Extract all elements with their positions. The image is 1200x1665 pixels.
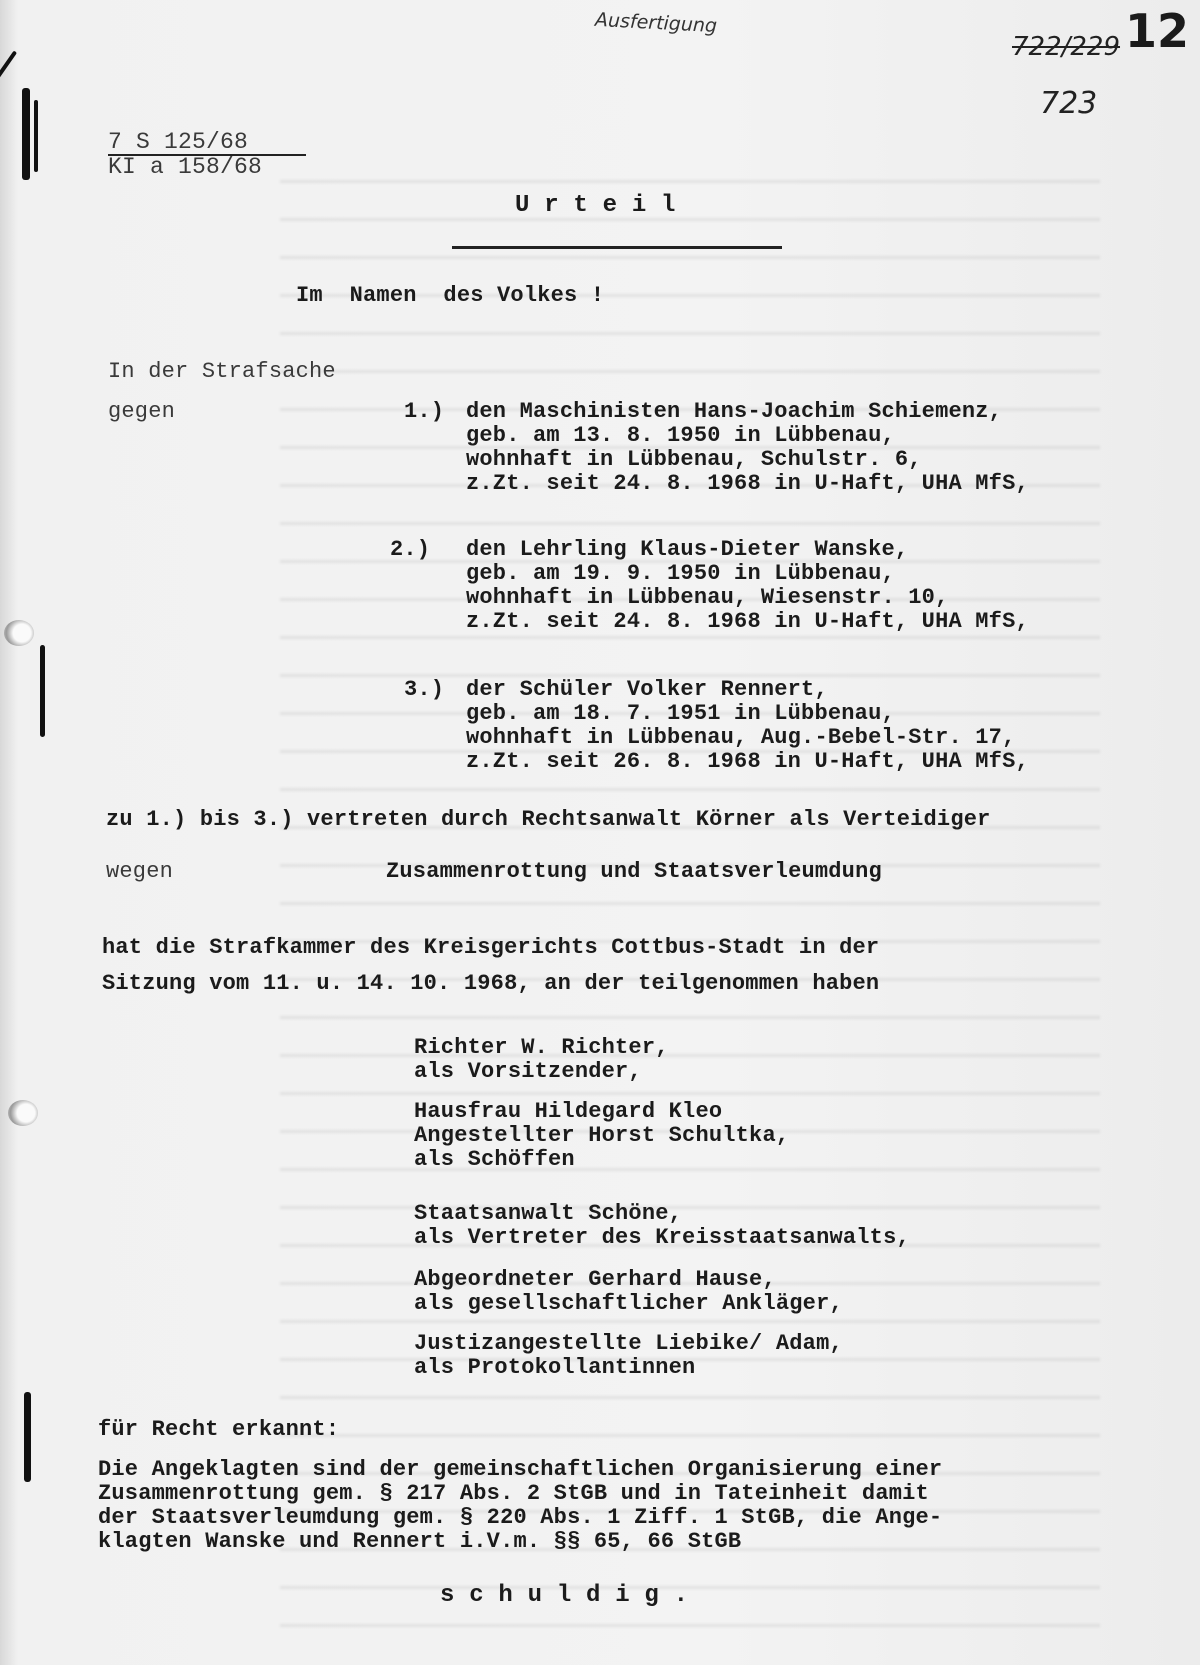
intro-line: In der Strafsache [108, 360, 336, 384]
defendant-line: geb. am 18. 7. 1951 in Lübbenau, [466, 702, 1029, 726]
defendant-line: geb. am 19. 9. 1950 in Lübbenau, [466, 562, 1029, 586]
defendant-line: den Maschinisten Hans-Joachim Schiemenz, [466, 400, 1029, 424]
document-page: Ausfertigung 12 722/229 723 7 S 125/68 K… [0, 0, 1200, 1665]
defendant-line: wohnhaft in Lübbenau, Wiesenstr. 10, [466, 586, 1029, 610]
participant-lay-judges: Hausfrau Hildegard Kleo Angestellter Hor… [414, 1100, 789, 1172]
participant-line: Angestellter Horst Schultka, [414, 1124, 789, 1148]
verdict-text: Die Angeklagten sind der gemeinschaftlic… [98, 1458, 942, 1554]
court-line-1: hat die Strafkammer des Kreisgerichts Co… [102, 936, 879, 960]
participant-line: Abgeordneter Gerhard Hause, [414, 1268, 843, 1292]
defendant-number: 1.) [404, 400, 444, 424]
margin-bar-mark [40, 645, 45, 737]
defendant-line: z.Zt. seit 24. 8. 1968 in U-Haft, UHA Mf… [466, 610, 1029, 634]
participant-social-accuser: Abgeordneter Gerhard Hause, als gesellsc… [414, 1268, 843, 1316]
participant-line: Justizangestellte Liebike/ Adam, [414, 1332, 843, 1356]
defendant-3-details: der Schüler Volker Rennert, geb. am 18. … [466, 678, 1029, 774]
participant-line: als Vertreter des Kreisstaatsanwalts, [414, 1226, 910, 1250]
participant-line: als gesellschaftlicher Ankläger, [414, 1292, 843, 1316]
verdict-line: Die Angeklagten sind der gemeinschaftlic… [98, 1458, 942, 1482]
counsel-line: zu 1.) bis 3.) vertreten durch Rechtsanw… [106, 808, 991, 832]
defendant-line: den Lehrling Klaus-Dieter Wanske, [466, 538, 1029, 562]
defendant-line: wohnhaft in Lübbenau, Schulstr. 6, [466, 448, 1029, 472]
defendant-2-details: den Lehrling Klaus-Dieter Wanske, geb. a… [466, 538, 1029, 634]
charge-label: wegen [106, 860, 173, 884]
folio-current: 723 [1040, 86, 1097, 121]
stamp-ausfertigung: Ausfertigung [595, 9, 718, 37]
participant-clerks: Justizangestellte Liebike/ Adam, als Pro… [414, 1332, 843, 1380]
defendant-line: wohnhaft in Lübbenau, Aug.-Bebel-Str. 17… [466, 726, 1029, 750]
title-underline [452, 246, 782, 249]
defendant-line: z.Zt. seit 24. 8. 1968 in U-Haft, UHA Mf… [466, 472, 1029, 496]
margin-bar-mark [24, 1392, 31, 1482]
verdict-heading: für Recht erkannt: [98, 1418, 339, 1442]
register-number: KI a 158/68 [108, 155, 262, 179]
participant-line: als Protokollantinnen [414, 1356, 843, 1380]
bleed-through-text [280, 150, 1100, 1640]
participant-line: Richter W. Richter, [414, 1036, 669, 1060]
court-line-2: Sitzung vom 11. u. 14. 10. 1968, an der … [102, 972, 879, 996]
verdict-conclusion: s c h u l d i g . [440, 1584, 688, 1608]
defendant-2: 2.) [390, 538, 430, 562]
defendant-number: 3.) [404, 678, 444, 702]
defendant-line: geb. am 13. 8. 1950 in Lübbenau, [466, 424, 1029, 448]
punch-hole [8, 1100, 38, 1126]
participant-line: als Schöffen [414, 1148, 789, 1172]
defendant-3: 3.) [404, 678, 444, 702]
margin-bar-mark [34, 100, 38, 172]
participant-line: als Vorsitzender, [414, 1060, 669, 1084]
participant-presiding-judge: Richter W. Richter, als Vorsitzender, [414, 1036, 669, 1084]
case-number: 7 S 125/68 [108, 130, 306, 156]
defendant-number: 2.) [390, 538, 430, 562]
participant-line: Staatsanwalt Schöne, [414, 1202, 910, 1226]
participant-prosecutor: Staatsanwalt Schöne, als Vertreter des K… [414, 1202, 910, 1250]
margin-slash-mark [0, 50, 17, 85]
defendant-line: der Schüler Volker Rennert, [466, 678, 1029, 702]
participant-line: Hausfrau Hildegard Kleo [414, 1100, 789, 1124]
document-title: U r t e i l [515, 194, 676, 218]
folio-struck: 722/229 [1012, 32, 1120, 62]
folio-number: 12 [1125, 4, 1189, 58]
punch-hole [4, 620, 34, 646]
verdict-line: der Staatsverleumdung gem. § 220 Abs. 1 … [98, 1506, 942, 1530]
against-label: gegen [108, 400, 175, 424]
defendant-line: z.Zt. seit 26. 8. 1968 in U-Haft, UHA Mf… [466, 750, 1029, 774]
margin-bar-mark [22, 88, 30, 180]
charge-text: Zusammenrottung und Staatsverleumdung [386, 860, 882, 884]
verdict-line: Zusammenrottung gem. § 217 Abs. 2 StGB u… [98, 1482, 942, 1506]
verdict-line: klagten Wanske und Rennert i.V.m. §§ 65,… [98, 1530, 942, 1554]
defendant-1: 1.) [404, 400, 444, 424]
invocation: Im Namen des Volkes ! [296, 284, 604, 308]
defendant-1-details: den Maschinisten Hans-Joachim Schiemenz,… [466, 400, 1029, 496]
